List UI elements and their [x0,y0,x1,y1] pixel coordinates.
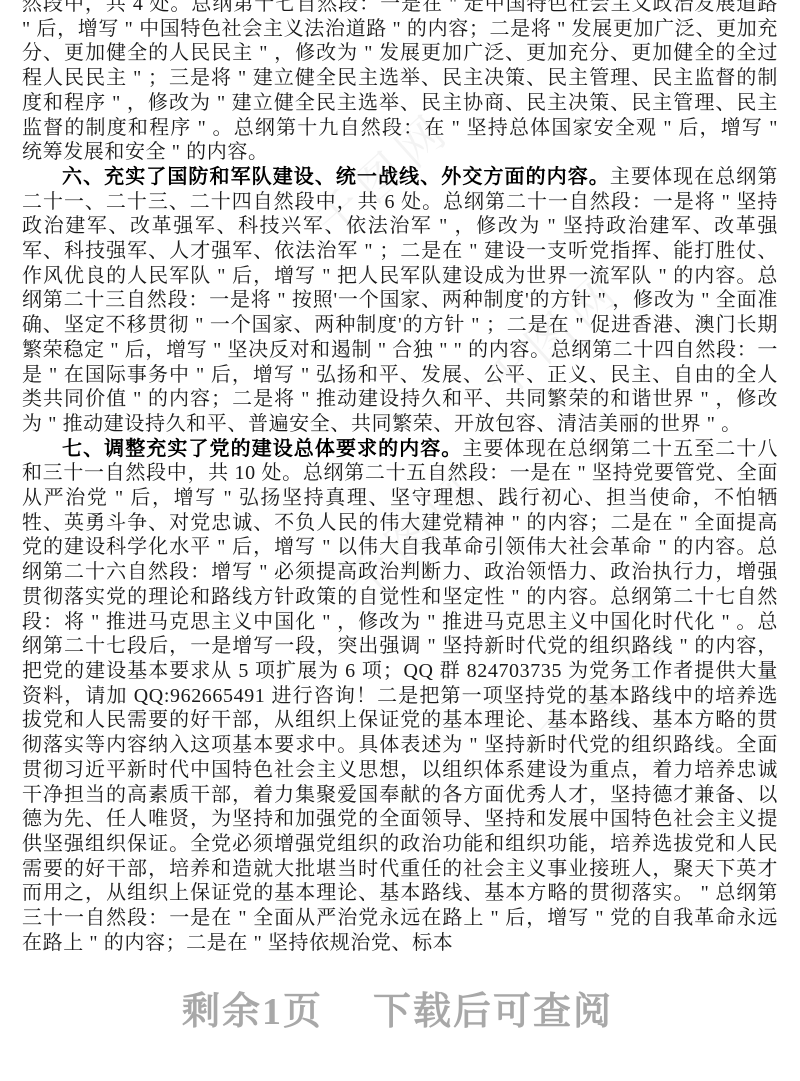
paragraph-section-7: 七、调整充实了党的建设总体要求的内容。主要体现在总纲第二十五至二十八和三十一自然… [22,437,778,956]
section-7-heading: 七、调整充实了党的建设总体要求的内容。 [62,438,462,460]
paragraph-continuation: 然段中，共 4 处。总纲第十七自然段：一是在 " 走中国特色社会主义政治发展道路… [22,0,778,165]
section-6-heading: 六、充实了国防和军队建设、统一战线、外交方面的内容。 [62,166,610,188]
document-body: 然段中，共 4 处。总纲第十七自然段：一是在 " 走中国特色社会主义政治发展道路… [22,0,778,955]
section-6-text: 主要体现在总纲第二十一、二十三、二十四自然段中，共 6 处。总纲第二十一自然段：… [22,166,778,435]
paragraph-section-6: 六、充实了国防和军队建设、统一战线、外交方面的内容。主要体现在总纲第二十一、二十… [22,165,778,437]
remaining-pages-label: 剩余1页 [182,980,323,1035]
document-page: 千图网 千图网 千图网 千图网 然段中，共 4 处。总纲第十七自然段：一是在 "… [0,0,800,1081]
preview-footer: 剩余1页 下载后可查阅 [182,980,613,1035]
download-hint-label: 下载后可查阅 [373,980,613,1035]
section-7-text: 主要体现在总纲第二十五至二十八和三十一自然段中，共 10 处。总纲第二十五自然段… [22,438,778,954]
paragraph-continuation-text: 然段中，共 4 处。总纲第十七自然段：一是在 " 走中国特色社会主义政治发展道路… [22,0,778,163]
